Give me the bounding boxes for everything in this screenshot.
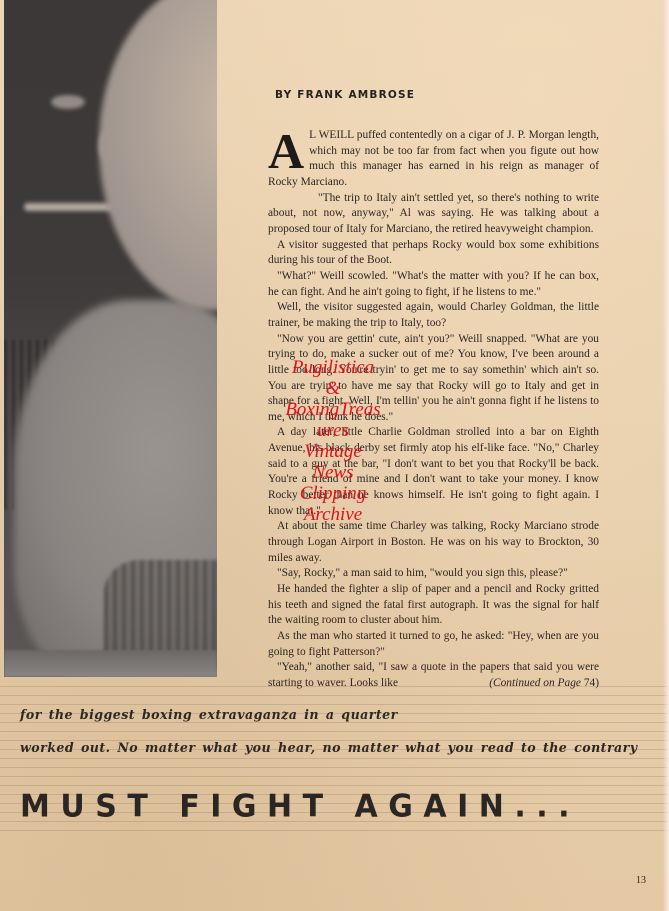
drop-cap: A: [268, 131, 304, 171]
headline: MUST FIGHT AGAIN...: [20, 788, 580, 825]
article-body: A L WEILL puffed contentedly on a cigar …: [268, 128, 599, 692]
photo-highlight: [51, 95, 85, 109]
page-number: 13: [636, 875, 646, 886]
article-paragraph: At about the same time Charley was talki…: [268, 519, 599, 566]
paragraph-text: L WEILL puffed contentedly on a cigar of…: [268, 129, 599, 188]
article-paragraph: "Now you are gettin' cute, ain't you?" W…: [268, 332, 599, 426]
magazine-page: BY FRANK AMBROSE A L WEILL puffed conten…: [0, 0, 669, 911]
article-paragraph: A L WEILL puffed contentedly on a cigar …: [268, 128, 599, 191]
article-paragraph: Well, the visitor suggested again, would…: [268, 300, 599, 331]
article-paragraph: As the man who started it turned to go, …: [268, 629, 599, 660]
deck-line-2: worked out. No matter what you hear, no …: [20, 740, 638, 755]
article-paragraph: "The trip to Italy ain't settled yet, so…: [268, 191, 599, 238]
article-paragraph: "What?" Weill scowled. "What's the matte…: [268, 269, 599, 300]
deck-line-1: for the biggest boxing extravaganza in a…: [20, 707, 398, 722]
byline: BY FRANK AMBROSE: [275, 89, 415, 101]
boxer-photo: [4, 0, 217, 677]
article-paragraph: A day later, little Charlie Goldman stro…: [268, 425, 599, 519]
article-paragraph: He handed the fighter a slip of paper an…: [268, 582, 599, 629]
article-paragraph: A visitor suggested that perhaps Rocky w…: [268, 238, 599, 269]
article-paragraph: "Say, Rocky," a man said to him, "would …: [268, 566, 599, 582]
photo-floor: [4, 650, 217, 677]
